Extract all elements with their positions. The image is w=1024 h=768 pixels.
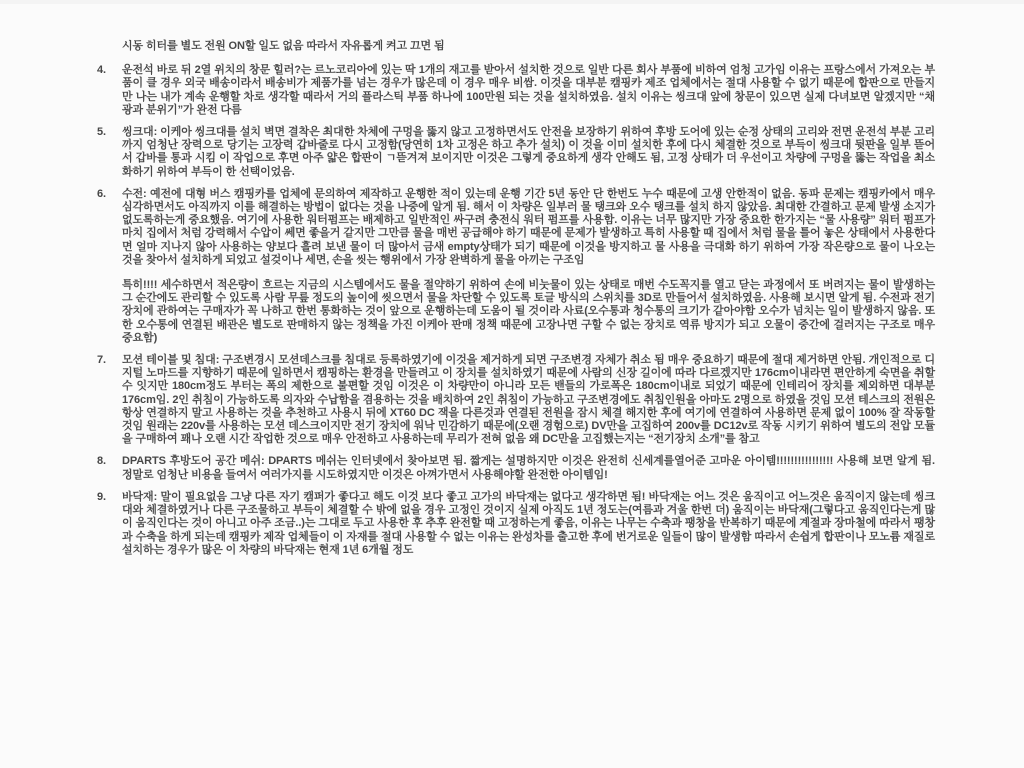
item-body: 모션 테이블 및 침대: 구조변경시 모션데스크를 침대로 등록하였기에 이것을… <box>122 354 935 446</box>
item-body: DPARTS 후방도어 공간 메쉬: DPARTS 메쉬는 인터넷에서 찾아보면… <box>122 455 935 481</box>
item-number: 9. <box>97 491 122 557</box>
item-paragraph: 특히!!!! 세수하면서 적은량이 흐르는 지금의 시스템에서도 물을 절약하기… <box>122 279 935 345</box>
item-number: 5. <box>97 126 122 179</box>
list-item-9: 9. 바닥재: 말이 필요없음 그냥 다른 자기 캠퍼가 좋다고 해도 이것 보… <box>97 491 935 557</box>
item-number: 6. <box>97 188 122 345</box>
item-paragraph: 모션 테이블 및 침대: 구조변경시 모션데스크를 침대로 등록하였기에 이것을… <box>122 354 935 446</box>
item-number: 8. <box>97 455 122 481</box>
document-page: 시동 히터를 별도 전원 ON할 일도 없음 따라서 자유롭게 켜고 끄면 됨 … <box>0 0 1024 768</box>
item-number: 4. <box>97 64 122 117</box>
item-paragraph: 바닥재: 말이 필요없음 그냥 다른 자기 캠퍼가 좋다고 해도 이것 보다 좋… <box>122 491 935 557</box>
list-item-7: 7. 모션 테이블 및 침대: 구조변경시 모션데스크를 침대로 등록하였기에 … <box>97 354 935 446</box>
intro-line: 시동 히터를 별도 전원 ON할 일도 없음 따라서 자유롭게 켜고 끄면 됨 <box>122 40 935 53</box>
list-item-8: 8. DPARTS 후방도어 공간 메쉬: DPARTS 메쉬는 인터넷에서 찾… <box>97 455 935 481</box>
item-body: 바닥재: 말이 필요없음 그냥 다른 자기 캠퍼가 좋다고 해도 이것 보다 좋… <box>122 491 935 557</box>
item-body: 수전: 예전에 대형 버스 캠핑카를 업체에 문의하여 제작하고 운행한 적이 … <box>122 188 935 345</box>
list-item-4: 4. 운전석 바로 뒤 2열 위치의 창문 힐러?는 르노코리아에 있는 딱 1… <box>97 64 935 117</box>
item-paragraph: 수전: 예전에 대형 버스 캠핑카를 업체에 문의하여 제작하고 운행한 적이 … <box>122 188 935 267</box>
item-paragraph: DPARTS 후방도어 공간 메쉬: DPARTS 메쉬는 인터넷에서 찾아보면… <box>122 455 935 481</box>
numbered-list: 4. 운전석 바로 뒤 2열 위치의 창문 힐러?는 르노코리아에 있는 딱 1… <box>97 64 935 557</box>
item-body: 운전석 바로 뒤 2열 위치의 창문 힐러?는 르노코리아에 있는 딱 1개의 … <box>122 64 935 117</box>
list-item-5: 5. 씽크대: 이케아 씽크대를 설치 벽면 결착은 최대한 차체에 구멍을 뚫… <box>97 126 935 179</box>
item-paragraph: 운전석 바로 뒤 2열 위치의 창문 힐러?는 르노코리아에 있는 딱 1개의 … <box>122 64 935 117</box>
document-content: 시동 히터를 별도 전원 ON할 일도 없음 따라서 자유롭게 켜고 끄면 됨 … <box>97 40 935 557</box>
item-paragraph: 씽크대: 이케아 씽크대를 설치 벽면 결착은 최대한 차체에 구멍을 뚫지 않… <box>122 126 935 179</box>
list-item-6: 6. 수전: 예전에 대형 버스 캠핑카를 업체에 문의하여 제작하고 운행한 … <box>97 188 935 345</box>
item-body: 씽크대: 이케아 씽크대를 설치 벽면 결착은 최대한 차체에 구멍을 뚫지 않… <box>122 126 935 179</box>
item-number: 7. <box>97 354 122 446</box>
